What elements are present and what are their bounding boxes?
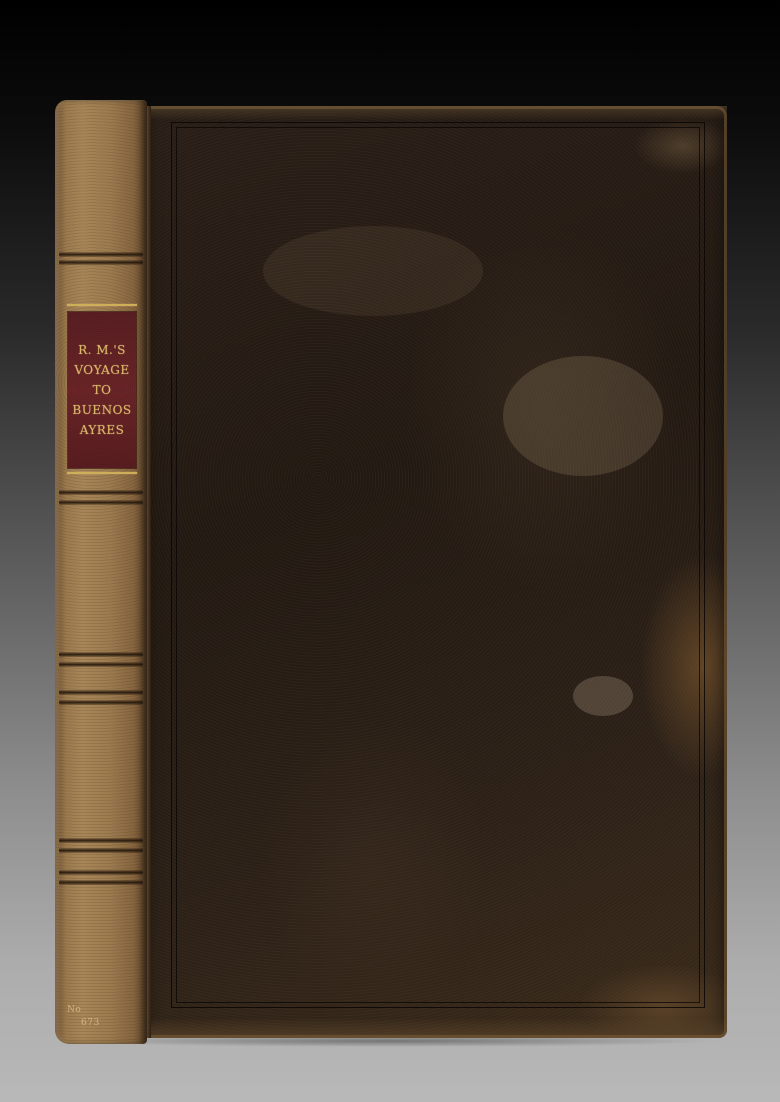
- gilt-rule-top: [67, 304, 137, 306]
- leather-wear-patch: [263, 226, 483, 316]
- cover-bottom-edge: [143, 1018, 727, 1038]
- shelfmark-number-label: No: [67, 1005, 81, 1015]
- leather-scuff: [573, 676, 633, 716]
- raised-band: [59, 652, 143, 657]
- title-line-1: R. M.'S: [78, 342, 126, 359]
- raised-band: [59, 700, 143, 705]
- title-line-5: AYRES: [80, 422, 125, 439]
- raised-band: [59, 500, 143, 505]
- spine: R. M.'S VOYAGE TO BUENOS AYRES No 673: [55, 100, 147, 1044]
- gilt-rule-bottom: [67, 472, 137, 474]
- raised-band: [59, 662, 143, 667]
- title-line-4: BUENOS: [72, 402, 131, 419]
- spine-title-label: R. M.'S VOYAGE TO BUENOS AYRES: [68, 312, 136, 468]
- cover-top-edge: [143, 106, 727, 120]
- title-line-2: VOYAGE: [74, 362, 129, 379]
- book: R. M.'S VOYAGE TO BUENOS AYRES No 673: [55, 100, 727, 1044]
- front-cover: [143, 106, 727, 1038]
- title-line-3: TO: [93, 382, 112, 399]
- raised-band: [59, 848, 143, 853]
- raised-band: [59, 490, 143, 495]
- raised-band: [59, 880, 143, 885]
- raised-band: [59, 690, 143, 695]
- shelfmark-number: 673: [81, 1018, 100, 1028]
- leather-wear-patch: [503, 356, 663, 476]
- raised-band: [59, 838, 143, 843]
- raised-band: [59, 260, 143, 265]
- raised-band: [59, 870, 143, 875]
- raised-band: [59, 252, 143, 257]
